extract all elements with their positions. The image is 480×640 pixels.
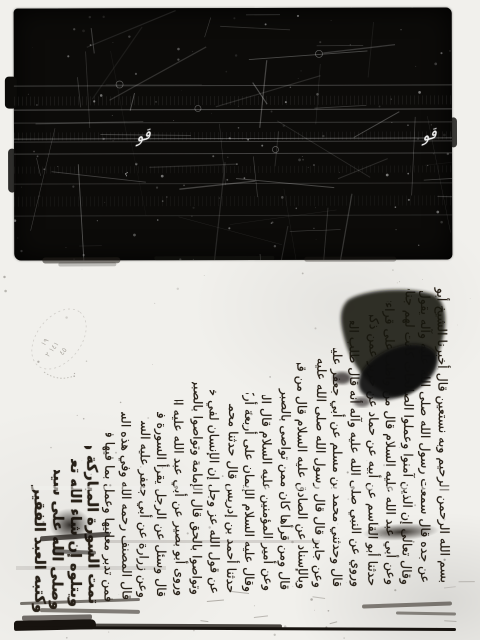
film-edge-fragment [304,257,396,262]
film-scratches [14,7,453,260]
film-edge-fragment [154,256,274,260]
film-scribble: قو [135,126,151,145]
scanned-manuscript-page: قو قو ‹ ١٩ ١٤١ ٢ ٤٥ بسم الله الرحمن الرح… [0,0,480,640]
film-edge-fragment [58,262,116,266]
film-scribble: قو [421,125,437,144]
film-strip: قو قو ‹ [14,7,453,260]
paper-specks [0,268,480,640]
